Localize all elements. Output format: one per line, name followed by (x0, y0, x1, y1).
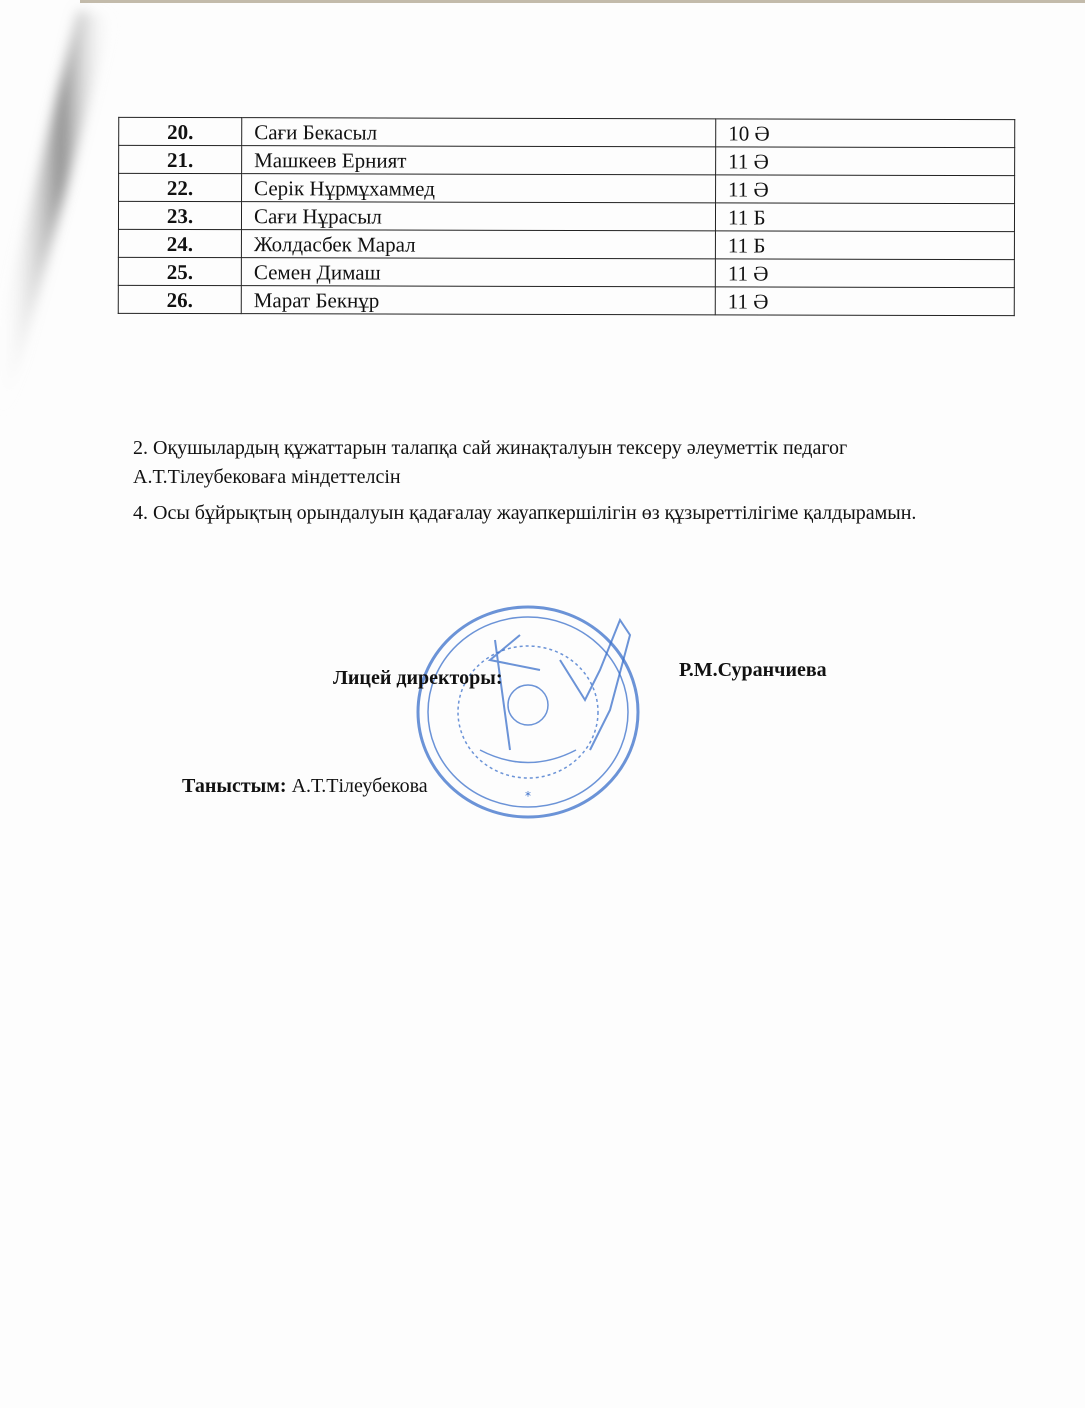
paragraph-item-4: 4. Осы бұйрықтың орындалуын қадағалау жа… (133, 499, 993, 528)
acknowledgement: Таныстым: А.Т.Тілеубекова (182, 775, 428, 798)
student-name: Семен Димаш (241, 258, 715, 287)
student-class: 10 Ә (716, 119, 1015, 148)
student-name: Марат Бекнұр (241, 286, 715, 315)
row-number: 21. (119, 145, 242, 173)
table-row: 21.Машкеев Ерният11 Ә (119, 145, 1015, 175)
student-name: Сағи Нұрасыл (241, 202, 715, 231)
table-row: 23.Сағи Нұрасыл11 Б (118, 201, 1014, 231)
student-name: Сағи Бекасыл (242, 118, 716, 147)
table-row: 26.Марат Бекнұр11 Ә (118, 285, 1014, 315)
row-number: 20. (119, 117, 242, 145)
row-number: 23. (118, 201, 241, 229)
student-name: Серік Нұрмұхаммед (242, 174, 716, 203)
svg-text:*: * (525, 789, 531, 803)
row-number: 26. (118, 285, 241, 313)
table-row: 22.Серік Нұрмұхаммед11 Ә (119, 173, 1015, 203)
ack-label: Таныстым: (182, 775, 287, 797)
student-name: Машкеев Ерният (242, 146, 716, 175)
table-row: 20.Сағи Бекасыл10 Ә (119, 117, 1015, 147)
director-name: Р.М.Суранчиева (679, 659, 827, 682)
ack-name: А.Т.Тілеубекова (292, 775, 428, 797)
student-class: 11 Б (715, 203, 1014, 232)
page-top-edge (80, 0, 1085, 3)
student-class: 11 Ә (715, 287, 1014, 316)
students-table: 20.Сағи Бекасыл10 Ә21.Машкеев Ерният11 Ә… (118, 117, 1016, 316)
table-row: 25.Семен Димаш11 Ә (118, 257, 1014, 287)
student-class: 11 Б (715, 231, 1014, 260)
row-number: 25. (118, 257, 241, 285)
student-class: 11 Ә (716, 147, 1015, 176)
official-seal-icon: * (410, 600, 650, 830)
row-number: 22. (119, 173, 242, 201)
paragraph-item-2: 2. Оқушылардың құжаттарын талапқа сай жи… (133, 434, 993, 492)
student-name: Жолдасбек Марал (241, 230, 715, 259)
student-class: 11 Ә (715, 259, 1014, 288)
student-class: 11 Ә (716, 175, 1015, 204)
director-label: Лицей директоры: (333, 667, 502, 690)
row-number: 24. (118, 229, 241, 257)
table-row: 24.Жолдасбек Марал11 Б (118, 229, 1014, 259)
